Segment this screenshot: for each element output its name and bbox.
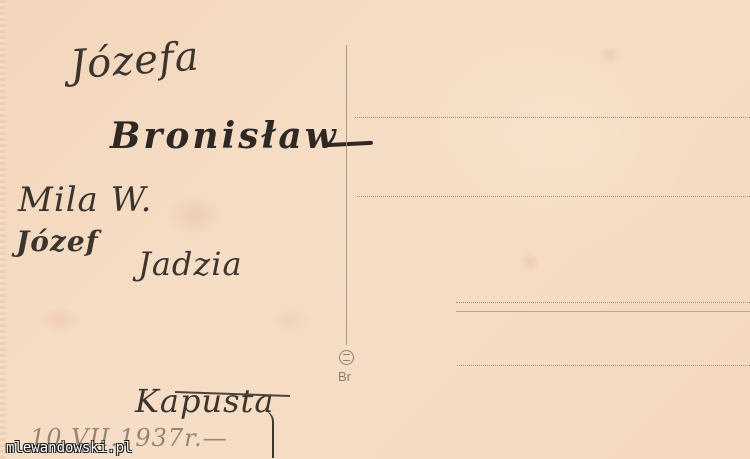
- handwritten-name-mila: Mila W.: [18, 180, 152, 220]
- address-line-2: [357, 196, 750, 197]
- logo-detail: [343, 354, 350, 361]
- address-line-3: [456, 302, 750, 303]
- handwritten-name-jozefa: Józefa: [69, 34, 201, 89]
- deckled-edge: [0, 0, 6, 459]
- handwritten-name-bronislaw: Bronisław: [110, 115, 339, 157]
- postcard-back: Józefa Bronisław Mila W. Józef Jadzia Ka…: [0, 0, 750, 459]
- publisher-mark: Br: [338, 369, 351, 384]
- address-underline: [456, 311, 750, 312]
- watermark: mlewandowski.pl: [6, 440, 132, 456]
- signature-tail: [258, 410, 274, 458]
- postcard-divider-line: [346, 45, 347, 345]
- publisher-logo-icon: [339, 350, 354, 365]
- address-line-1: [355, 117, 750, 118]
- handwritten-name-jadzia: Jadzia: [138, 245, 243, 283]
- handwritten-signature: Kapusta: [135, 382, 274, 420]
- address-line-4: [457, 365, 750, 366]
- handwritten-name-jozef: Józef: [16, 225, 99, 258]
